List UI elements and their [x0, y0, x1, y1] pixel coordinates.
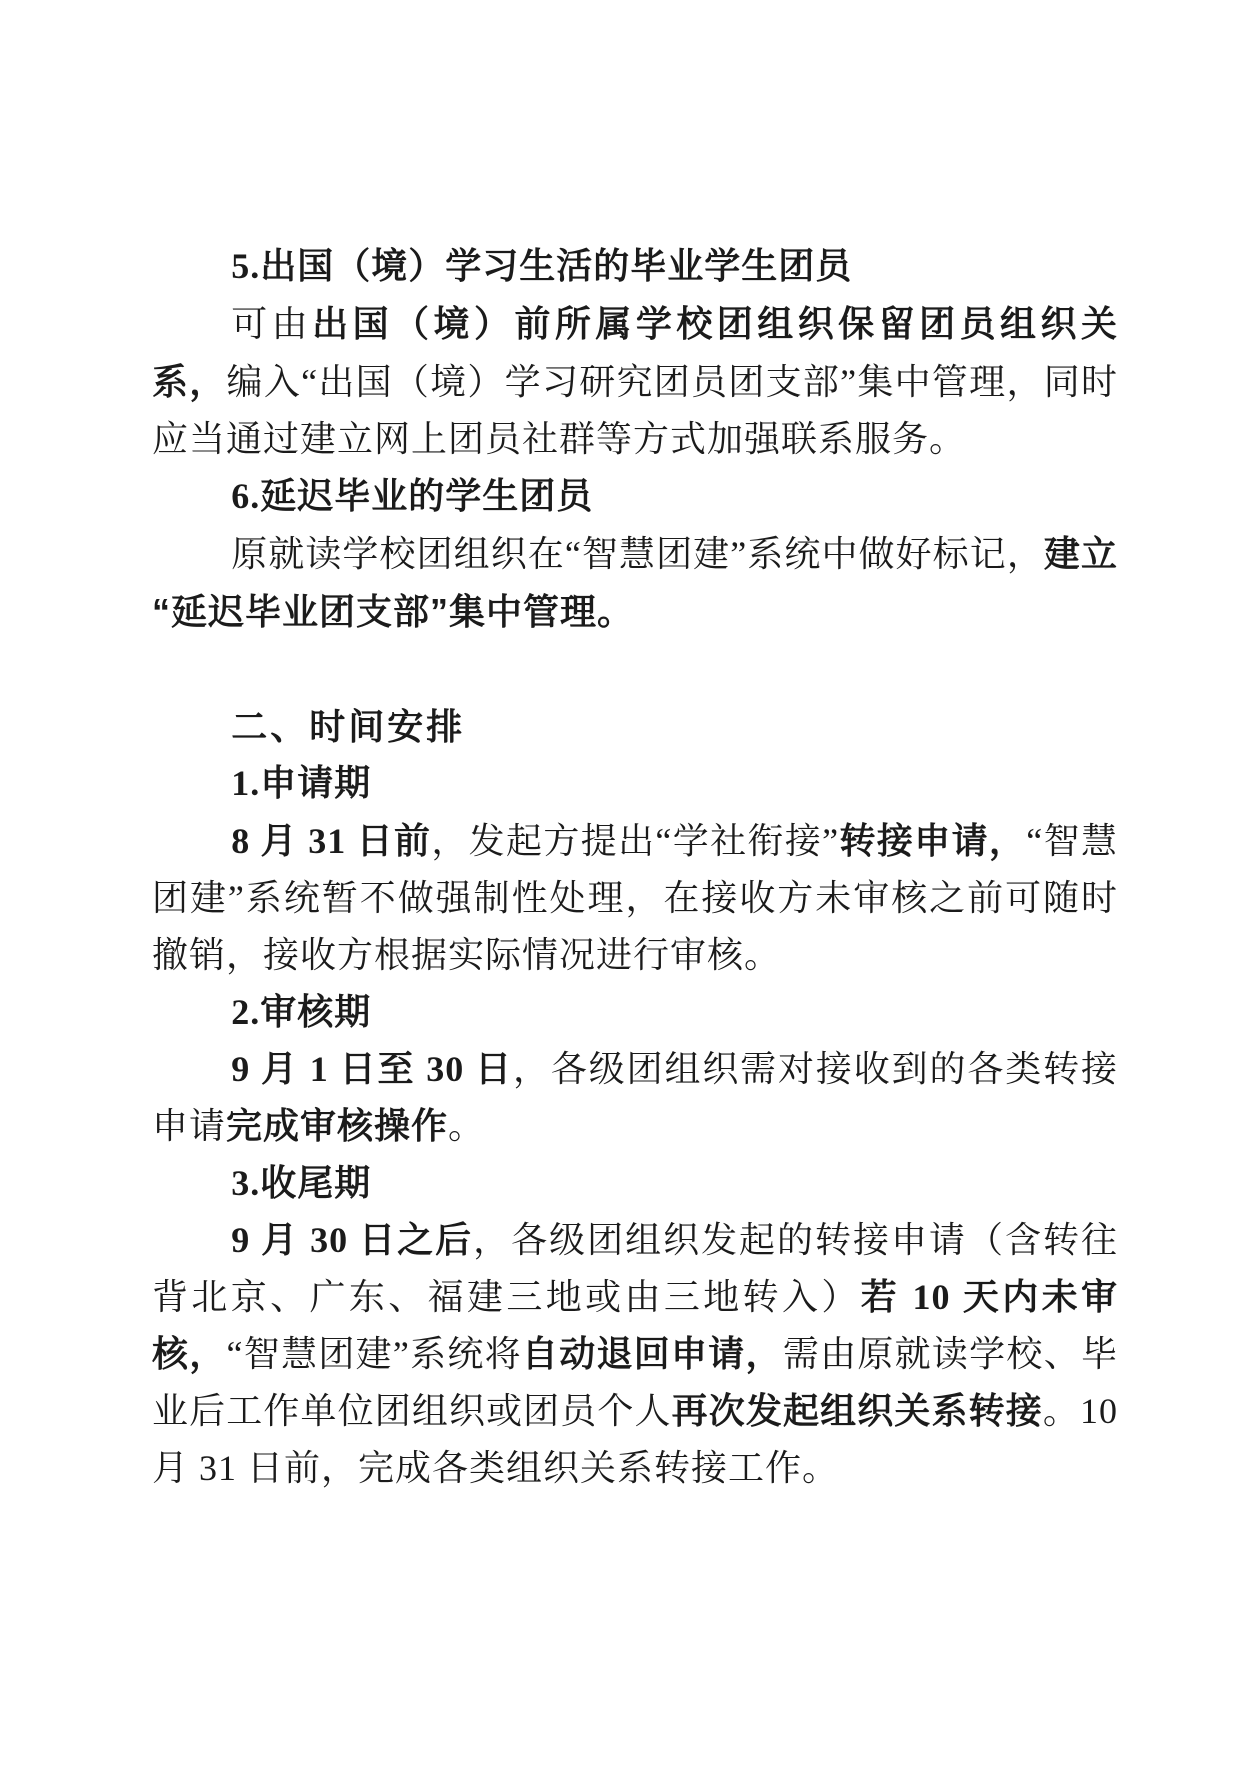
text-run: 可由 — [231, 304, 312, 344]
text-run: 。 — [448, 1106, 485, 1146]
text-run: 完成审核操作 — [226, 1106, 448, 1146]
document-page: 5.出国（境）学习生活的毕业学生团员 可由出国（境）前所属学校团组织保留团员组织… — [0, 0, 1260, 1772]
text-run: 9 月 1 日至 30 日 — [231, 1049, 513, 1089]
text-run: 自动退回申请， — [522, 1334, 783, 1374]
document-text-block: 5.出国（境）学习生活的毕业学生团员 可由出国（境）前所属学校团组织保留团员组织… — [152, 238, 1118, 1497]
text-run: 编入“出国（境）学习研究团员团支部”集中管理，同时应当通过建立网上团员社群等方式… — [152, 362, 1118, 459]
paragraph-closing-period: 9 月 30 日之后，各级团组织发起的转接申请（含转往背北京、广东、福建三地或由… — [152, 1212, 1118, 1497]
text-run: 转接申请， — [839, 820, 1026, 861]
text-run: 5.出国（境）学习生活的毕业学生团员 — [231, 246, 852, 286]
text-run: “智慧团建”系统将 — [227, 1334, 522, 1374]
heading-review-period: 2.审核期 — [152, 984, 1118, 1041]
text-run: 1.申请期 — [231, 763, 371, 803]
text-run: 2.审核期 — [231, 992, 371, 1032]
paragraph-application-period: 8 月 31 日前，发起方提出“学社衔接”转接申请，“智慧团建”系统暂不做强制性… — [152, 812, 1118, 984]
text-run: 9 月 30 日之后 — [231, 1220, 473, 1260]
text-run: 8 月 31 日前 — [231, 821, 431, 861]
heading-item6: 6.延迟毕业的学生团员 — [152, 468, 1118, 525]
text-run: 原就读学校团组织在“智慧团建”系统中做好标记， — [231, 534, 1044, 574]
text-run: ，发起方提出“学社衔接” — [431, 821, 839, 861]
text-run: 3.收尾期 — [231, 1163, 371, 1203]
section-heading-time-arrangement: 二、时间安排 — [152, 698, 1118, 755]
paragraph-item6: 原就读学校团组织在“智慧团建”系统中做好标记，建立“延迟毕业团支部”集中管理。 — [152, 525, 1118, 641]
paragraph-item5: 可由出国（境）前所属学校团组织保留团员组织关系，编入“出国（境）学习研究团员团支… — [152, 295, 1118, 468]
text-run: 二、时间安排 — [231, 706, 465, 747]
heading-item5: 5.出国（境）学习生活的毕业学生团员 — [152, 238, 1118, 295]
paragraph-review-period: 9 月 1 日至 30 日，各级团组织需对接收到的各类转接申请完成审核操作。 — [152, 1041, 1118, 1155]
heading-closing-period: 3.收尾期 — [152, 1155, 1118, 1212]
text-run: 6.延迟毕业的学生团员 — [231, 476, 593, 516]
heading-application-period: 1.申请期 — [152, 755, 1118, 812]
text-run: 再次发起组织关系转接 — [672, 1391, 1043, 1431]
